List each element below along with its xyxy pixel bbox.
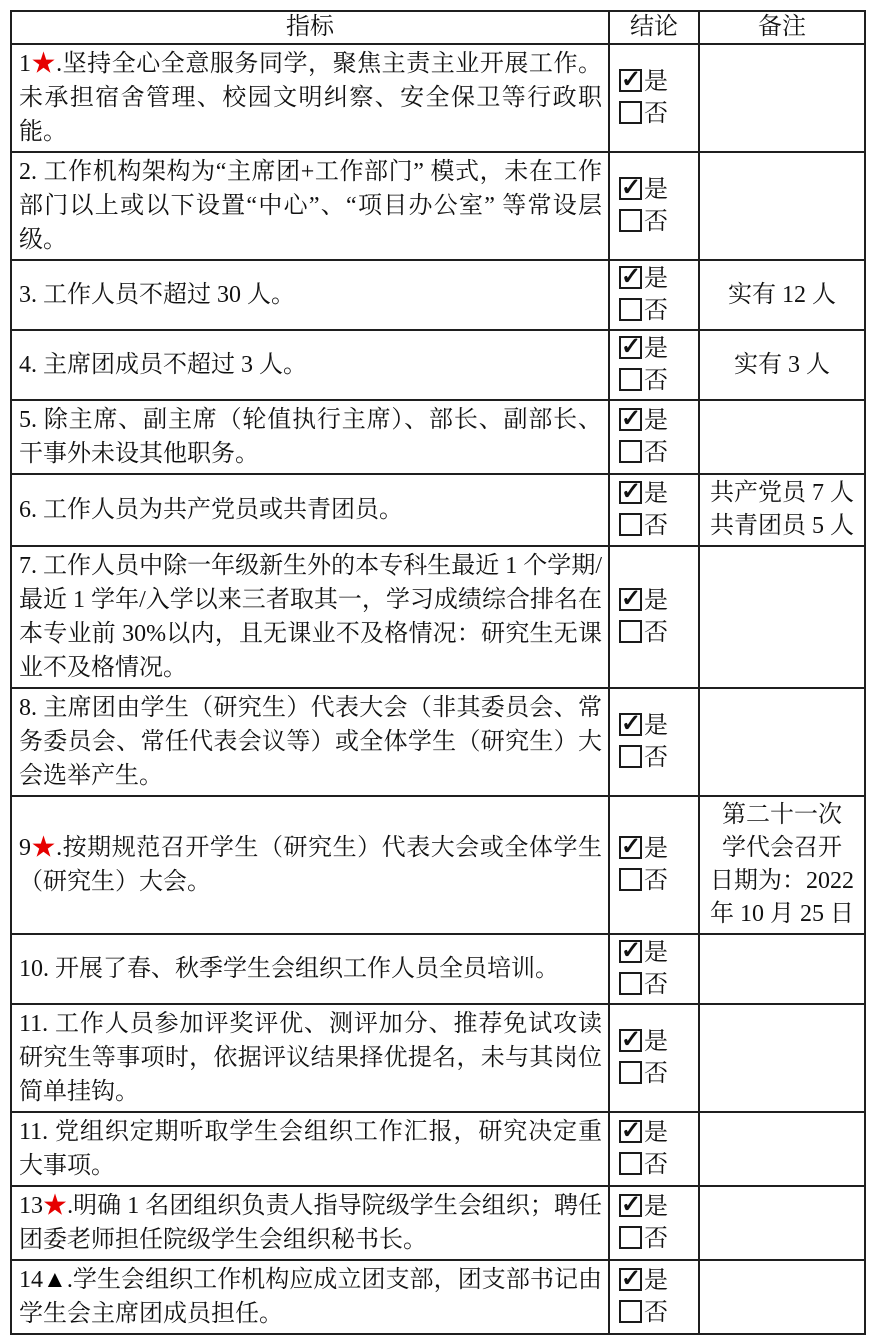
checkbox-yes-icon[interactable]	[619, 1120, 642, 1143]
remark-cell	[699, 1112, 865, 1186]
remark-cell	[699, 44, 865, 152]
checkbox-yes-icon[interactable]	[619, 836, 642, 859]
table-row: 4. 主席团成员不超过 3 人。 是 否 实有 3 人	[11, 330, 865, 400]
checkbox-yes-icon[interactable]	[619, 408, 642, 431]
row-separator: .	[31, 407, 44, 433]
conclusion-cell: 是 否	[609, 44, 699, 152]
yes-label: 是	[644, 266, 668, 292]
indicator-cell: 5. 除主席、副主席（轮值执行主席）、部长、副部长、干事外未设其他职务。	[11, 400, 609, 474]
indicator-text: 主席团由学生（研究生）代表大会（非其委员会、常务委员会、常任代表会议等）或全体学…	[19, 695, 602, 789]
row-number: 6	[19, 497, 31, 523]
checkbox-no-icon[interactable]	[619, 513, 642, 536]
conclusion-cell: 是 否	[609, 152, 699, 260]
yes-label: 是	[644, 69, 668, 95]
row-marker-icon: ★	[43, 1193, 67, 1219]
remark-cell	[699, 1260, 865, 1334]
yes-label: 是	[644, 1029, 668, 1055]
indicator-text: 工作人员参加评奖评优、测评加分、推荐免试攻读研究生等事项时，依据评议结果择优提名…	[19, 1011, 602, 1105]
no-option: 否	[619, 206, 696, 238]
indicator-text: 党组织定期听取学生会组织工作汇报，研究决定重大事项。	[19, 1119, 602, 1179]
table-row: 1★.坚持全心全意服务同学，聚焦主责主业开展工作。未承担宿舍管理、校园文明纠察、…	[11, 44, 865, 152]
no-option: 否	[619, 1149, 696, 1181]
row-number: 2	[19, 159, 31, 185]
yes-option: 是	[619, 833, 696, 865]
yes-option: 是	[619, 710, 696, 742]
row-number: 4	[19, 352, 31, 378]
row-number: 1	[19, 51, 31, 77]
yes-option: 是	[619, 937, 696, 969]
no-option: 否	[619, 510, 696, 542]
remark-cell	[699, 1186, 865, 1260]
indicator-cell: 8. 主席团由学生（研究生）代表大会（非其委员会、常务委员会、常任代表会议等）或…	[11, 688, 609, 796]
table-row: 9★.按期规范召开学生（研究生）代表大会或全体学生（研究生）大会。 是 否 第二…	[11, 796, 865, 934]
checklist-table: 指标 结论 备注 1★.坚持全心全意服务同学，聚焦主责主业开展工作。未承担宿舍管…	[10, 10, 866, 1335]
indicator-text: 开展了春、秋季学生会组织工作人员全员培训。	[55, 956, 559, 982]
checkbox-yes-icon[interactable]	[619, 940, 642, 963]
conclusion-cell: 是 否	[609, 688, 699, 796]
conclusion-cell: 是 否	[609, 934, 699, 1004]
no-label: 否	[644, 1152, 668, 1178]
yes-label: 是	[644, 408, 668, 434]
yes-label: 是	[644, 177, 668, 203]
indicator-text: 按期规范召开学生（研究生）代表大会或全体学生（研究生）大会。	[19, 835, 602, 895]
checkbox-yes-icon[interactable]	[619, 177, 642, 200]
conclusion-cell: 是 否	[609, 1260, 699, 1334]
no-label: 否	[644, 209, 668, 235]
remark-cell: 第二十一次 学代会召开 日期为：2022 年 10 月 25 日	[699, 796, 865, 934]
indicator-cell: 13★.明确 1 名团组织负责人指导院级学生会组织；聘任团委老师担任院级学生会组…	[11, 1186, 609, 1260]
indicator-cell: 7. 工作人员中除一年级新生外的本专科生最近 1 个学期/最近 1 学年/入学以…	[11, 546, 609, 688]
checkbox-yes-icon[interactable]	[619, 588, 642, 611]
row-separator: .	[42, 1011, 55, 1037]
header-indicator: 指标	[11, 11, 609, 44]
table-row: 5. 除主席、副主席（轮值执行主席）、部长、副部长、干事外未设其他职务。 是 否	[11, 400, 865, 474]
yes-option: 是	[619, 333, 696, 365]
indicator-cell: 10. 开展了春、秋季学生会组织工作人员全员培训。	[11, 934, 609, 1004]
remark-cell: 共产党员 7 人 共青团员 5 人	[699, 474, 865, 546]
checkbox-no-icon[interactable]	[619, 972, 642, 995]
yes-label: 是	[644, 940, 668, 966]
table-row: 13★.明确 1 名团组织负责人指导院级学生会组织；聘任团委老师担任院级学生会组…	[11, 1186, 865, 1260]
row-number: 9	[19, 835, 31, 861]
yes-option: 是	[619, 585, 696, 617]
indicator-text: 工作机构架构为“主席团+工作部门” 模式，未在工作部门以上或以下设置“中心”、“…	[19, 159, 602, 253]
table-row: 2. 工作机构架构为“主席团+工作部门” 模式，未在工作部门以上或以下设置“中心…	[11, 152, 865, 260]
indicator-cell: 6. 工作人员为共产党员或共青团员。	[11, 474, 609, 546]
checkbox-no-icon[interactable]	[619, 745, 642, 768]
row-separator: .	[31, 282, 43, 308]
checkbox-no-icon[interactable]	[619, 298, 642, 321]
checkbox-no-icon[interactable]	[619, 1300, 642, 1323]
row-number: 11	[19, 1011, 42, 1037]
checkbox-no-icon[interactable]	[619, 1061, 642, 1084]
document-page: 指标 结论 备注 1★.坚持全心全意服务同学，聚焦主责主业开展工作。未承担宿舍管…	[0, 0, 873, 1242]
no-label: 否	[644, 868, 668, 894]
conclusion-cell: 是 否	[609, 546, 699, 688]
no-label: 否	[644, 620, 668, 646]
row-number: 5	[19, 407, 31, 433]
indicator-text: 工作人员为共产党员或共青团员。	[43, 497, 403, 523]
no-label: 否	[644, 972, 668, 998]
remark-cell	[699, 400, 865, 474]
checkbox-no-icon[interactable]	[619, 868, 642, 891]
indicator-cell: 11. 党组织定期听取学生会组织工作汇报，研究决定重大事项。	[11, 1112, 609, 1186]
conclusion-cell: 是 否	[609, 474, 699, 546]
indicator-text: 工作人员不超过 30 人。	[43, 282, 295, 308]
checkbox-yes-icon[interactable]	[619, 481, 642, 504]
row-number: 7	[19, 553, 31, 579]
table-row: 14▲.学生会组织工作机构应成立团支部，团支部书记由学生会主席团成员担任。 是 …	[11, 1260, 865, 1334]
yes-option: 是	[619, 1265, 696, 1297]
no-option: 否	[619, 865, 696, 897]
conclusion-cell: 是 否	[609, 1004, 699, 1112]
row-separator: .	[31, 497, 43, 523]
no-label: 否	[644, 1300, 668, 1326]
yes-label: 是	[644, 713, 668, 739]
indicator-text: 坚持全心全意服务同学，聚焦主责主业开展工作。未承担宿舍管理、校园文明纠察、安全保…	[19, 51, 602, 145]
row-number: 10	[19, 956, 43, 982]
table-row: 6. 工作人员为共产党员或共青团员。 是 否 共产党员 7 人 共青团员 5 人	[11, 474, 865, 546]
no-option: 否	[619, 365, 696, 397]
row-marker-icon: ★	[31, 835, 56, 861]
no-option: 否	[619, 295, 696, 327]
remark-cell	[699, 934, 865, 1004]
yes-option: 是	[619, 263, 696, 295]
checkbox-no-icon[interactable]	[619, 1226, 642, 1249]
yes-option: 是	[619, 66, 696, 98]
yes-label: 是	[644, 1120, 668, 1146]
row-separator: .	[31, 159, 44, 185]
row-separator: .	[43, 956, 55, 982]
yes-label: 是	[644, 336, 668, 362]
indicator-text: 除主席、副主席（轮值执行主席）、部长、副部长、干事外未设其他职务。	[19, 407, 602, 467]
indicator-cell: 1★.坚持全心全意服务同学，聚焦主责主业开展工作。未承担宿舍管理、校园文明纠察、…	[11, 44, 609, 152]
checkbox-yes-icon[interactable]	[619, 1029, 642, 1052]
indicator-cell: 14▲.学生会组织工作机构应成立团支部，团支部书记由学生会主席团成员担任。	[11, 1260, 609, 1334]
no-option: 否	[619, 742, 696, 774]
checkbox-yes-icon[interactable]	[619, 336, 642, 359]
table-row: 3. 工作人员不超过 30 人。 是 否 实有 12 人	[11, 260, 865, 330]
no-option: 否	[619, 437, 696, 469]
remark-text: 实有 3 人	[734, 352, 830, 378]
remark-text: 第二十一次 学代会召开 日期为：2022 年 10 月 25 日	[710, 802, 854, 927]
row-separator: .	[31, 352, 43, 378]
indicator-text: 主席团成员不超过 3 人。	[43, 352, 307, 378]
yes-option: 是	[619, 1191, 696, 1223]
conclusion-cell: 是 否	[609, 400, 699, 474]
indicator-cell: 2. 工作机构架构为“主席团+工作部门” 模式，未在工作部门以上或以下设置“中心…	[11, 152, 609, 260]
row-number: 8	[19, 695, 31, 721]
checkbox-no-icon[interactable]	[619, 620, 642, 643]
table-row: 10. 开展了春、秋季学生会组织工作人员全员培训。 是 否	[11, 934, 865, 1004]
no-label: 否	[644, 745, 668, 771]
remark-cell	[699, 152, 865, 260]
checkbox-no-icon[interactable]	[619, 440, 642, 463]
no-label: 否	[644, 101, 668, 127]
no-option: 否	[619, 969, 696, 1001]
checkbox-yes-icon[interactable]	[619, 69, 642, 92]
remark-cell	[699, 1004, 865, 1112]
checkbox-no-icon[interactable]	[619, 1152, 642, 1175]
indicator-cell: 9★.按期规范召开学生（研究生）代表大会或全体学生（研究生）大会。	[11, 796, 609, 934]
row-number: 14	[19, 1267, 43, 1293]
no-option: 否	[619, 1058, 696, 1090]
checkbox-yes-icon[interactable]	[619, 266, 642, 289]
remark-text: 实有 12 人	[728, 282, 836, 308]
remark-text: 共产党员 7 人 共青团员 5 人	[710, 480, 854, 539]
yes-option: 是	[619, 478, 696, 510]
checkbox-no-icon[interactable]	[619, 368, 642, 391]
yes-option: 是	[619, 1026, 696, 1058]
yes-label: 是	[644, 836, 668, 862]
yes-label: 是	[644, 481, 668, 507]
remark-cell: 实有 12 人	[699, 260, 865, 330]
row-marker-icon: ▲	[43, 1267, 67, 1293]
row-number: 11	[19, 1119, 42, 1145]
no-label: 否	[644, 298, 668, 324]
yes-option: 是	[619, 174, 696, 206]
conclusion-cell: 是 否	[609, 330, 699, 400]
row-separator: .	[31, 553, 43, 579]
no-option: 否	[619, 1297, 696, 1329]
no-option: 否	[619, 1223, 696, 1255]
no-option: 否	[619, 617, 696, 649]
remark-cell: 实有 3 人	[699, 330, 865, 400]
conclusion-cell: 是 否	[609, 796, 699, 934]
checkbox-no-icon[interactable]	[619, 101, 642, 124]
no-label: 否	[644, 440, 668, 466]
checkbox-yes-icon[interactable]	[619, 1268, 642, 1291]
row-number: 13	[19, 1193, 43, 1219]
indicator-cell: 3. 工作人员不超过 30 人。	[11, 260, 609, 330]
checkbox-yes-icon[interactable]	[619, 1194, 642, 1217]
yes-option: 是	[619, 1117, 696, 1149]
row-number: 3	[19, 282, 31, 308]
yes-option: 是	[619, 405, 696, 437]
header-conclusion: 结论	[609, 11, 699, 44]
checkbox-yes-icon[interactable]	[619, 713, 642, 736]
row-separator: .	[42, 1119, 55, 1145]
checkbox-no-icon[interactable]	[619, 209, 642, 232]
table-row: 11. 党组织定期听取学生会组织工作汇报，研究决定重大事项。 是 否	[11, 1112, 865, 1186]
conclusion-cell: 是 否	[609, 260, 699, 330]
table-row: 8. 主席团由学生（研究生）代表大会（非其委员会、常务委员会、常任代表会议等）或…	[11, 688, 865, 796]
header-remark: 备注	[699, 11, 865, 44]
header-row: 指标 结论 备注	[11, 11, 865, 44]
no-label: 否	[644, 1226, 668, 1252]
table-row: 7. 工作人员中除一年级新生外的本专科生最近 1 个学期/最近 1 学年/入学以…	[11, 546, 865, 688]
no-label: 否	[644, 368, 668, 394]
yes-label: 是	[644, 1194, 668, 1220]
indicator-text: 工作人员中除一年级新生外的本专科生最近 1 个学期/最近 1 学年/入学以来三者…	[19, 553, 602, 681]
table-row: 11. 工作人员参加评奖评优、测评加分、推荐免试攻读研究生等事项时，依据评议结果…	[11, 1004, 865, 1112]
indicator-cell: 11. 工作人员参加评奖评优、测评加分、推荐免试攻读研究生等事项时，依据评议结果…	[11, 1004, 609, 1112]
remark-cell	[699, 688, 865, 796]
no-label: 否	[644, 1061, 668, 1087]
indicator-cell: 4. 主席团成员不超过 3 人。	[11, 330, 609, 400]
indicator-text: 学生会组织工作机构应成立团支部，团支部书记由学生会主席团成员担任。	[19, 1267, 602, 1327]
indicator-text: 明确 1 名团组织负责人指导院级学生会组织；聘任团委老师担任院级学生会组织秘书长…	[19, 1193, 602, 1253]
remark-cell	[699, 546, 865, 688]
no-option: 否	[619, 98, 696, 130]
conclusion-cell: 是 否	[609, 1112, 699, 1186]
conclusion-cell: 是 否	[609, 1186, 699, 1260]
no-label: 否	[644, 513, 668, 539]
row-marker-icon: ★	[31, 51, 56, 77]
row-separator: .	[31, 695, 43, 721]
yes-label: 是	[644, 588, 668, 614]
yes-label: 是	[644, 1268, 668, 1294]
